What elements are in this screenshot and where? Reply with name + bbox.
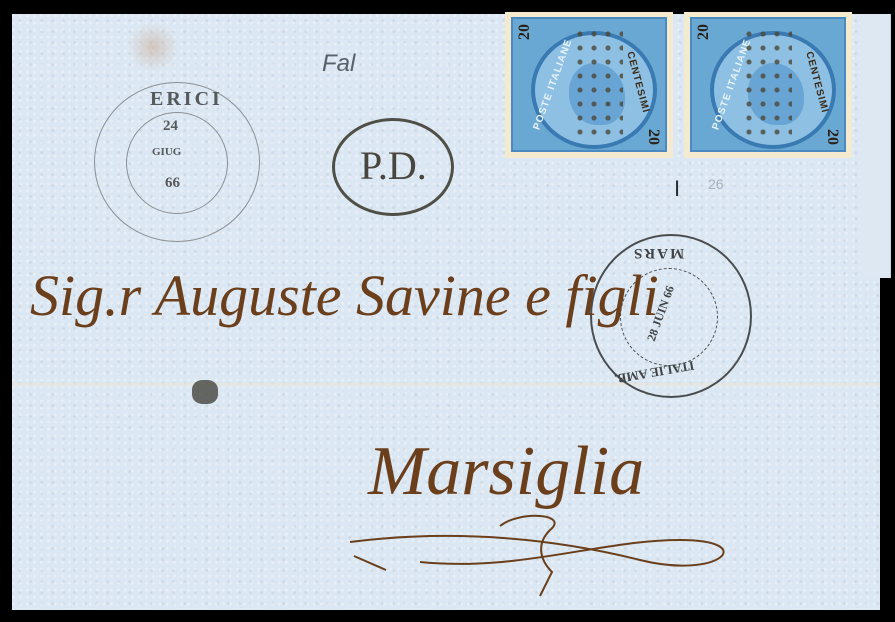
pencil-signature: Fal [322, 50, 355, 78]
transit-top-text: MARS [632, 244, 684, 261]
stamp-value: 20 [823, 129, 841, 145]
origin-day: 24 [163, 118, 178, 135]
flourish-underline-icon [340, 500, 760, 600]
pd-mark-text: P.D. [360, 142, 427, 189]
cover-flap [860, 14, 891, 278]
origin-month: GIUG [152, 146, 181, 158]
stamp-value: 20 [644, 129, 662, 145]
origin-year: 66 [165, 175, 180, 192]
stamp-value: 20 [695, 24, 713, 40]
origin-town: ERICI [150, 88, 223, 111]
fold-line [12, 383, 880, 387]
numeral-cancel-dots [573, 27, 623, 137]
stamp-2: POSTE ITALIANE CENTESIMI 20 20 [684, 12, 852, 158]
stamp-1: POSTE ITALIANE CENTESIMI 20 20 [505, 12, 673, 158]
stamp-value: 20 [516, 24, 534, 40]
ink-blot [192, 380, 218, 404]
paper-stain [128, 22, 178, 72]
address-line-1: Sig.r Auguste Savine e figli [30, 262, 659, 329]
pencil-number: 26 [708, 176, 724, 192]
numeral-cancel-dots [742, 27, 792, 137]
pencil-roman-numeral: I [674, 176, 680, 202]
